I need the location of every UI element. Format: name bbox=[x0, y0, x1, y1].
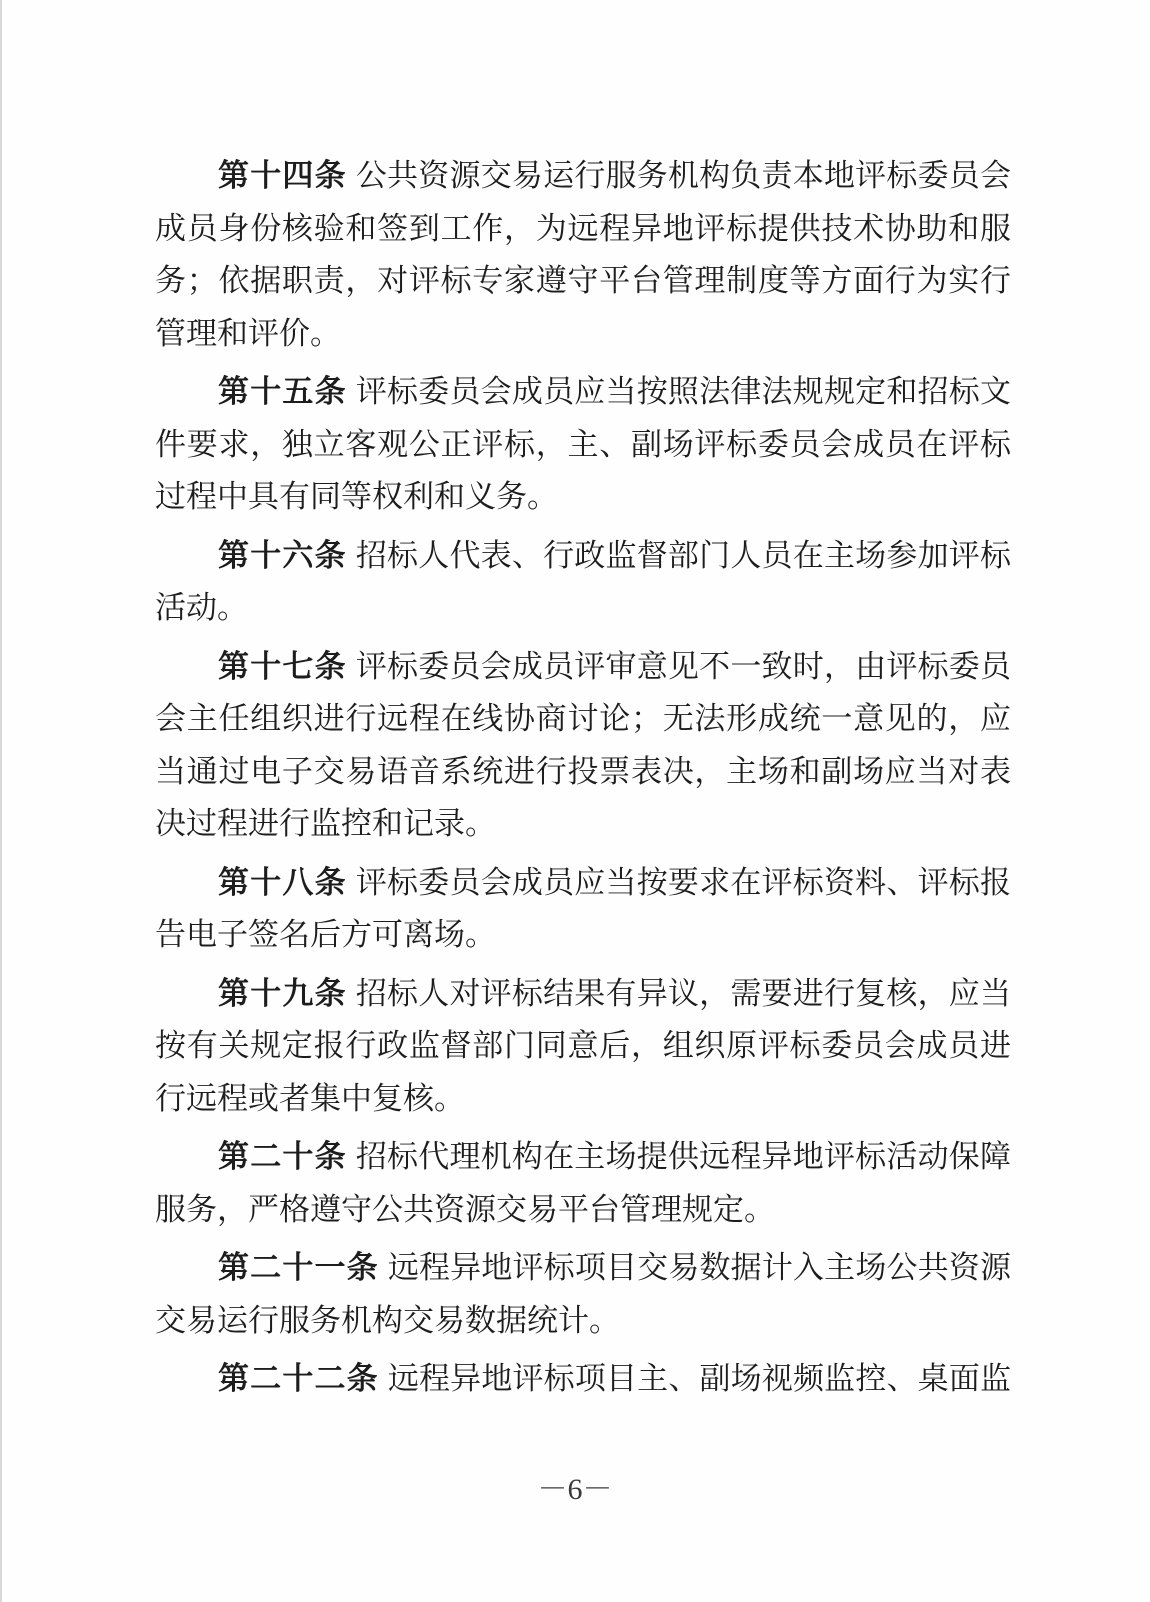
article-first-line-text: 评标委员会成员应当按照法律法规规定和招标文 bbox=[356, 374, 1011, 409]
paragraph-article-14: 第十四条公共资源交易运行服务机构负责本地评标委员会成员身份核验和签到工作，为远程… bbox=[155, 150, 1011, 360]
text-line: 第十八条评标委员会成员应当按要求在评标资料、评标报 bbox=[155, 857, 1011, 910]
article-number-label: 第二十二条 bbox=[218, 1361, 379, 1396]
text-line: 第十六条招标人代表、行政监督部门人员在主场参加评标 bbox=[155, 530, 1011, 583]
text-line: 第二十一条远程异地评标项目交易数据计入主场公共资源 bbox=[155, 1242, 1011, 1295]
paragraph-article-22: 第二十二条远程异地评标项目主、副场视频监控、桌面监 bbox=[155, 1353, 1011, 1406]
text-line: 成员身份核验和签到工作，为远程异地评标提供技术协助和服 bbox=[155, 203, 1011, 256]
article-first-line-text: 评标委员会成员应当按要求在评标资料、评标报 bbox=[356, 865, 1011, 900]
document-body: 第十四条公共资源交易运行服务机构负责本地评标委员会成员身份核验和签到工作，为远程… bbox=[155, 150, 1011, 1412]
text-line: 第十七条评标委员会成员评审意见不一致时，由评标委员 bbox=[155, 641, 1011, 694]
text-line: 当通过电子交易语音系统进行投票表决，主场和副场应当对表 bbox=[155, 746, 1011, 799]
article-number-label: 第十六条 bbox=[218, 538, 347, 573]
text-line: 会主任组织进行远程在线协商讨论；无法形成统一意见的，应 bbox=[155, 693, 1011, 746]
paragraph-article-15: 第十五条评标委员会成员应当按照法律法规规定和招标文件要求，独立客观公正评标，主、… bbox=[155, 366, 1011, 524]
article-number-label: 第二十一条 bbox=[218, 1250, 379, 1285]
text-line: 活动。 bbox=[155, 582, 1011, 635]
article-number-label: 第十八条 bbox=[218, 865, 347, 900]
text-line: 服务，严格遵守公共资源交易平台管理规定。 bbox=[155, 1184, 1011, 1237]
article-first-line-text: 远程异地评标项目主、副场视频监控、桌面监 bbox=[388, 1361, 1011, 1396]
text-line: 按有关规定报行政监督部门同意后，组织原评标委员会成员进 bbox=[155, 1020, 1011, 1073]
document-page: 第十四条公共资源交易运行服务机构负责本地评标委员会成员身份核验和签到工作，为远程… bbox=[0, 0, 1150, 1602]
text-line: 管理和评价。 bbox=[155, 308, 1011, 361]
paragraph-article-20: 第二十条招标代理机构在主场提供远程异地评标活动保障服务，严格遵守公共资源交易平台… bbox=[155, 1131, 1011, 1236]
text-line: 过程中具有同等权利和义务。 bbox=[155, 471, 1011, 524]
text-line: 第二十二条远程异地评标项目主、副场视频监控、桌面监 bbox=[155, 1353, 1011, 1406]
text-line: 行远程或者集中复核。 bbox=[155, 1073, 1011, 1126]
article-number-label: 第十五条 bbox=[218, 374, 347, 409]
article-first-line-text: 评标委员会成员评审意见不一致时，由评标委员 bbox=[356, 649, 1011, 684]
article-first-line-text: 公共资源交易运行服务机构负责本地评标委员会 bbox=[356, 158, 1011, 193]
article-number-label: 第十四条 bbox=[218, 158, 347, 193]
text-line: 第十四条公共资源交易运行服务机构负责本地评标委员会 bbox=[155, 150, 1011, 203]
text-line: 第十九条招标人对评标结果有异议，需要进行复核，应当 bbox=[155, 968, 1011, 1021]
text-line: 交易运行服务机构交易数据统计。 bbox=[155, 1295, 1011, 1348]
text-line: 第十五条评标委员会成员应当按照法律法规规定和招标文 bbox=[155, 366, 1011, 419]
text-line: 决过程进行监控和记录。 bbox=[155, 798, 1011, 851]
text-line: 件要求，独立客观公正评标，主、副场评标委员会成员在评标 bbox=[155, 419, 1011, 472]
article-first-line-text: 远程异地评标项目交易数据计入主场公共资源 bbox=[388, 1250, 1011, 1285]
article-first-line-text: 招标人对评标结果有异议，需要进行复核，应当 bbox=[356, 976, 1011, 1011]
article-first-line-text: 招标人代表、行政监督部门人员在主场参加评标 bbox=[356, 538, 1011, 573]
text-line: 第二十条招标代理机构在主场提供远程异地评标活动保障 bbox=[155, 1131, 1011, 1184]
paragraph-article-19: 第十九条招标人对评标结果有异议，需要进行复核，应当按有关规定报行政监督部门同意后… bbox=[155, 968, 1011, 1126]
page-number: －6－ bbox=[0, 1472, 1150, 1508]
article-number-label: 第十七条 bbox=[218, 649, 347, 684]
paragraph-article-21: 第二十一条远程异地评标项目交易数据计入主场公共资源交易运行服务机构交易数据统计。 bbox=[155, 1242, 1011, 1347]
article-number-label: 第十九条 bbox=[218, 976, 347, 1011]
paragraph-article-16: 第十六条招标人代表、行政监督部门人员在主场参加评标活动。 bbox=[155, 530, 1011, 635]
text-line: 务；依据职责，对评标专家遵守平台管理制度等方面行为实行 bbox=[155, 255, 1011, 308]
article-first-line-text: 招标代理机构在主场提供远程异地评标活动保障 bbox=[356, 1139, 1011, 1174]
article-number-label: 第二十条 bbox=[218, 1139, 347, 1174]
paragraph-article-18: 第十八条评标委员会成员应当按要求在评标资料、评标报告电子签名后方可离场。 bbox=[155, 857, 1011, 962]
text-line: 告电子签名后方可离场。 bbox=[155, 909, 1011, 962]
scan-edge-artifact bbox=[0, 0, 2, 1602]
paragraph-article-17: 第十七条评标委员会成员评审意见不一致时，由评标委员会主任组织进行远程在线协商讨论… bbox=[155, 641, 1011, 851]
